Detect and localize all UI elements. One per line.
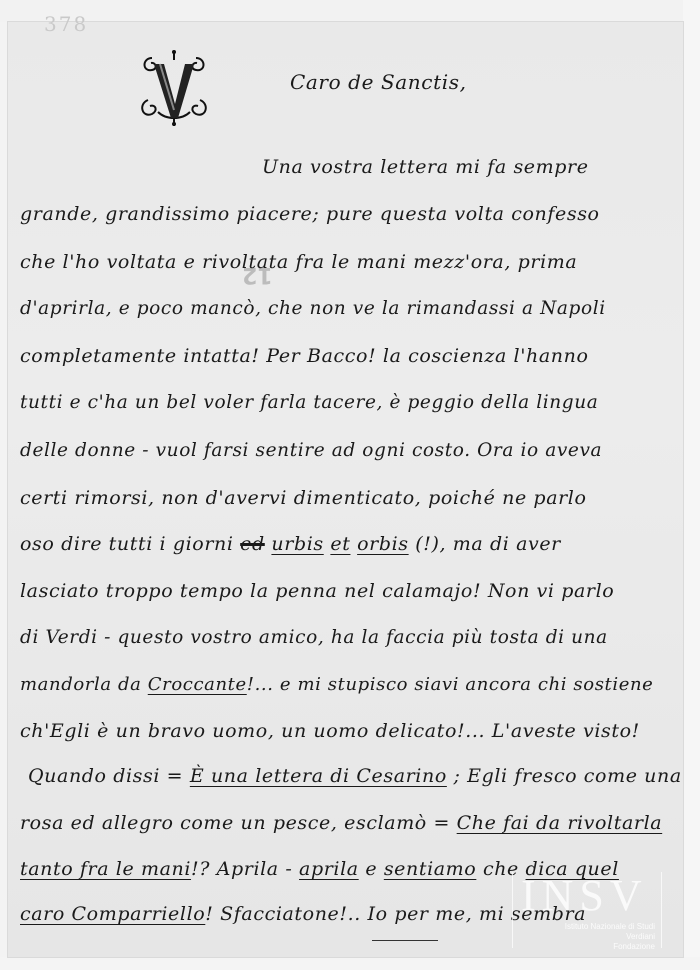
line-text: ; Egli fresco come una <box>447 765 682 787</box>
scan-top-margin <box>0 0 700 22</box>
underlined-word: urbis <box>271 533 323 555</box>
letter-line-1: Una vostra lettera mi fa sempre <box>262 156 589 178</box>
underlined-word: et <box>330 533 350 555</box>
line-text: rosa ed allegro come un pesce, esclamò = <box>20 812 457 834</box>
letter-line-10: lasciato troppo tempo la penna nel calam… <box>20 580 614 602</box>
struck-word: ed <box>240 533 265 555</box>
watermark-subtitle-line2: Fondazione <box>535 942 655 952</box>
letter-line-5: completamente intatta! Per Bacco! la cos… <box>20 345 589 367</box>
underlined-word: orbis <box>357 533 409 555</box>
letter-line-3: che l'ho voltata e rivoltata fra le mani… <box>20 251 577 273</box>
underlined-phrase: Che fai da rivoltarla <box>457 812 663 834</box>
letter-line-15: rosa ed allegro come un pesce, esclamò =… <box>20 812 662 834</box>
insv-watermark: INSV Istituto Nazionale di Studi Verdian… <box>512 872 662 948</box>
letter-line-2: grande, grandissimo piacere; pure questa… <box>20 203 600 225</box>
line-text: !... e mi stupisco siavi ancora chi sost… <box>247 674 654 695</box>
line-text: !? Aprila - <box>191 858 299 880</box>
scan-right-margin <box>683 0 700 970</box>
letter-line-11: di Verdi - questo vostro amico, ha la fa… <box>20 627 608 648</box>
v-monogram-icon <box>138 48 210 128</box>
scan-bottom-margin <box>0 957 700 970</box>
line-text: e <box>359 858 384 880</box>
underlined-word: Croccante <box>148 674 247 695</box>
letter-line-9: oso dire tutti i giorni ed urbis et orbi… <box>20 533 561 555</box>
watermark-subtitle: Istituto Nazionale di Studi Verdiani Fon… <box>535 922 655 952</box>
letter-line-7: delle donne - vuol farsi sentire ad ogni… <box>20 440 602 461</box>
folio-number: 378 <box>44 12 88 36</box>
watermark-logo: INSV <box>521 872 648 920</box>
letter-line-4: d'aprirla, e poco mancò, che non ve la r… <box>20 298 606 319</box>
underlined-word: sentiamo <box>384 858 477 880</box>
watermark-subtitle-line1: Istituto Nazionale di Studi Verdiani <box>535 922 655 942</box>
underlined-phrase: È una lettera di Cesarino <box>190 765 447 787</box>
line-text: (!), ma di aver <box>409 533 561 555</box>
letter-line-13: ch'Egli è un bravo uomo, un uomo delicat… <box>20 720 640 742</box>
letter-line-14: Quando dissi = È una lettera di Cesarino… <box>28 765 682 787</box>
salutation: Caro de Sanctis, <box>290 70 467 94</box>
line-text: mandorla da <box>20 674 148 695</box>
letter-line-12: mandorla da Croccante!... e mi stupisco … <box>20 674 653 695</box>
underlined-word: aprila <box>299 858 359 880</box>
closing-underline <box>372 940 438 941</box>
letter-line-17: caro Comparriello! Sfacciatone!.. Io per… <box>20 903 586 925</box>
underlined-phrase: caro Comparriello <box>20 903 205 925</box>
letter-line-6: tutti e c'ha un bel voler farla tacere, … <box>20 392 598 413</box>
letter-line-8: certi rimorsi, non d'avervi dimenticato,… <box>20 487 587 509</box>
underlined-phrase: tanto fra le mani <box>20 858 191 880</box>
line-text: oso dire tutti i giorni <box>20 533 240 555</box>
line-text: Quando dissi = <box>28 765 190 787</box>
